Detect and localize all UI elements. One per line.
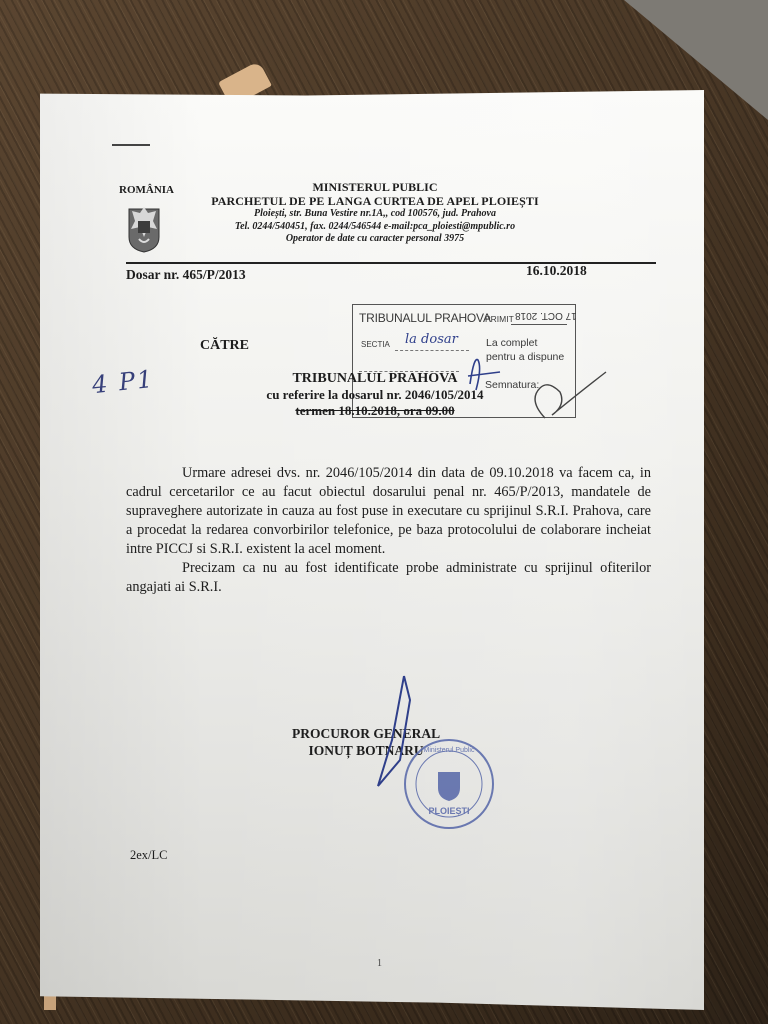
letterhead: MINISTERUL PUBLIC PARCHETUL DE PE LANGA …	[190, 180, 560, 246]
recipient-reference: cu referire la dosarul nr. 2046/105/2014	[210, 387, 540, 403]
signatory-name: IONUȚ BOTNARU	[292, 742, 440, 759]
copies-note: 2ex/LC	[130, 848, 168, 863]
office-contact: Tel. 0244/540451, fax. 0244/546544 e-mai…	[190, 221, 560, 234]
stamp-section-value: la dosar	[405, 332, 458, 347]
signature-block: PROCUROR GENERAL IONUȚ BOTNARU	[292, 725, 440, 759]
stamp-received-label: PRIMIT	[485, 314, 514, 324]
pen-mark	[112, 144, 150, 146]
stamp-received-date: 17 OCT. 2018	[515, 310, 577, 321]
stamp-assign-label: La complet pentru a dispune	[486, 336, 564, 364]
office-address: Ploiești, str. Buna Vestire nr.1A,, cod …	[190, 208, 560, 221]
office-name: PARCHETUL DE PE LANGA CURTEA DE APEL PLO…	[190, 194, 560, 208]
institution-name: MINISTERUL PUBLIC	[190, 180, 560, 194]
page-number: 1	[377, 958, 382, 969]
coat-of-arms-icon	[126, 203, 162, 253]
recipient-term: termen 18.10.2018, ora 09.00	[210, 403, 540, 419]
to-label: CĂTRE	[200, 338, 249, 354]
letter-body: Urmare adresei dvs. nr. 2046/105/2014 di…	[126, 464, 651, 597]
recipient-block: TRIBUNALUL PRAHOVA cu referire la dosaru…	[210, 370, 540, 419]
recipient-name: TRIBUNALUL PRAHOVA	[210, 370, 540, 387]
data-operator: Operator de date cu caracter personal 39…	[190, 233, 560, 246]
body-paragraph: Precizam ca nu au fost identificate prob…	[126, 559, 651, 597]
letter-page: ROMÂNIA MINISTERUL PUBLIC PARCHETUL DE P…	[40, 90, 704, 1010]
stamp-court: TRIBUNALUL PRAHOVA	[359, 311, 491, 325]
signatory-title: PROCUROR GENERAL	[292, 725, 440, 742]
file-number: Dosar nr. 465/P/2013	[126, 267, 246, 283]
country-label: ROMÂNIA	[119, 184, 174, 196]
document-date: 16.10.2018	[526, 263, 587, 279]
stamp-section-label: SECTIA	[361, 340, 390, 349]
body-paragraph: Urmare adresei dvs. nr. 2046/105/2014 di…	[126, 464, 651, 559]
